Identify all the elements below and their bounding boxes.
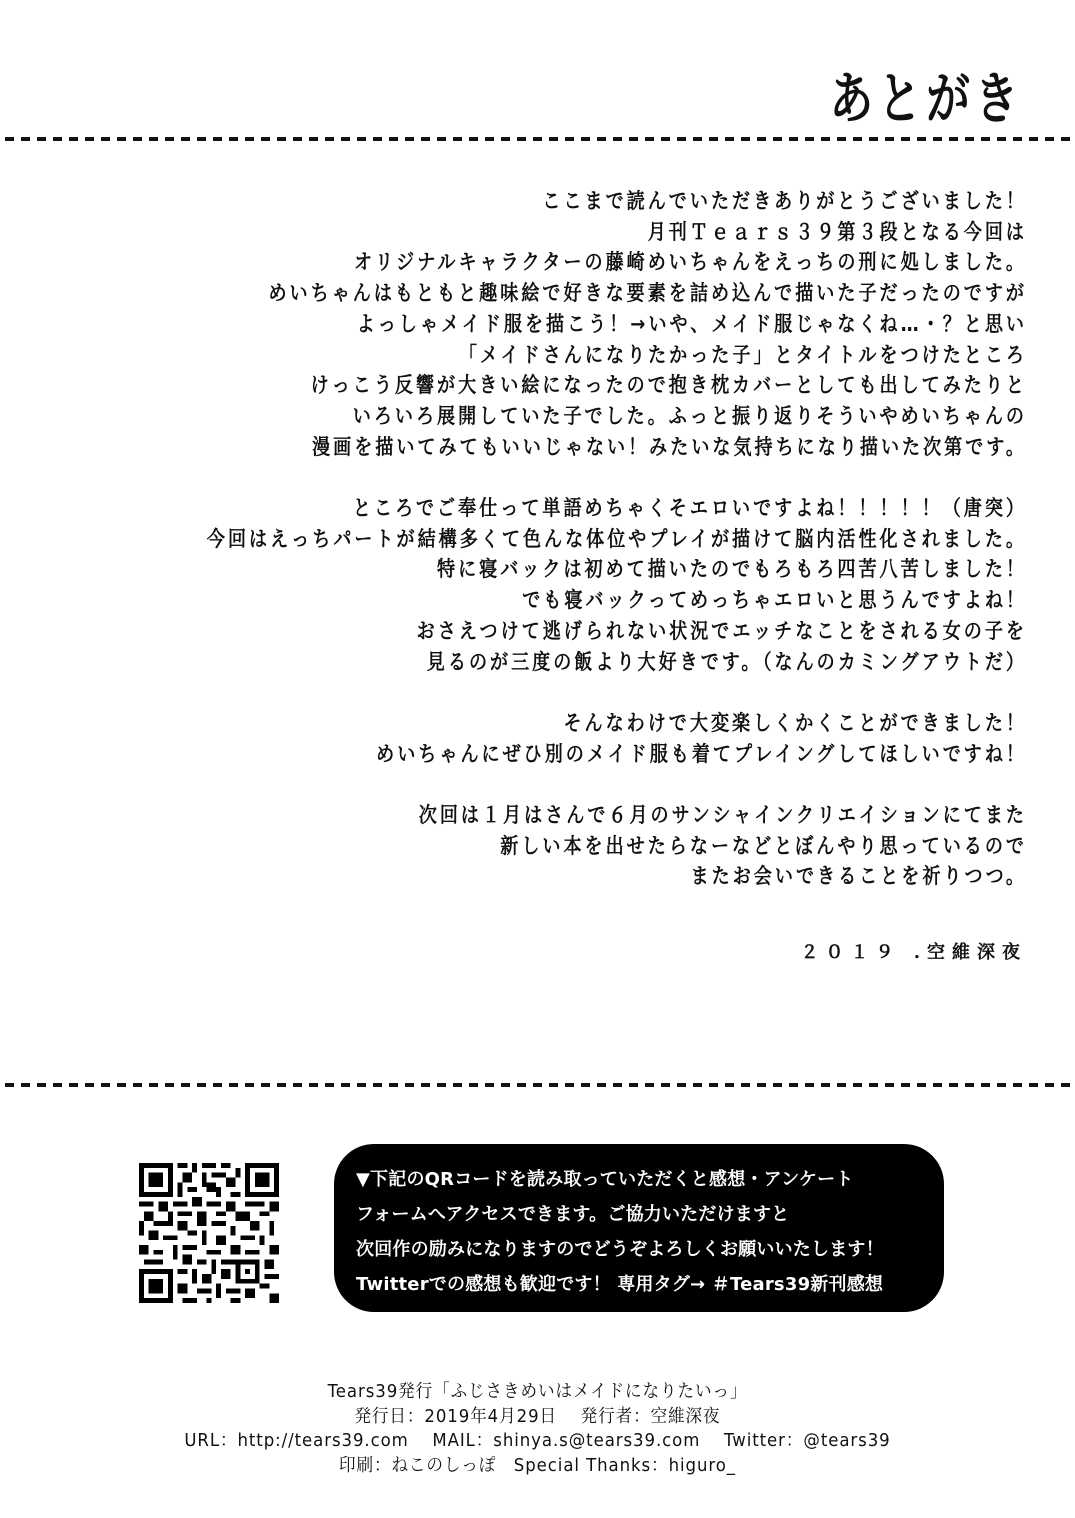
afterword-line: おさえつけて逃げられない状況でエッチなことをされる女の子を	[167, 616, 1027, 647]
afterword-line: ところでご奉仕って単語めちゃくそエロいですよね！！！！！（唐突）	[167, 493, 1027, 524]
afterword-line: 「メイドさんになりたかった子」とタイトルをつけたところ	[167, 340, 1027, 371]
paragraph-gap	[27, 677, 1027, 708]
notice-line: Twitterでの感想も歓迎です！ 専用タグ→ ＃Tears39新刊感想	[356, 1267, 944, 1302]
afterword-line: オリジナルキャラクターの藤崎めいちゃんをえっちの刑に処しました。	[167, 247, 1027, 278]
paragraph-gap	[27, 462, 1027, 493]
afterword-line: けっこう反響が大きい絵になったので抱き枕カバーとしても出してみたりと	[167, 370, 1027, 401]
colophon-contact: URL：http://tears39.com MAIL：shinya.s@tea…	[43, 1429, 1032, 1454]
afterword-body: ここまで読んでいただきありがとうございました！ 月刊Ｔｅａｒｓ３９第３段となる今…	[27, 186, 1027, 892]
colophon-title: Tears39発行「ふじさきめいはメイドになりたいっ」	[43, 1380, 1032, 1405]
afterword-line: 月刊Ｔｅａｒｓ３９第３段となる今回は	[167, 217, 1027, 248]
afterword-line: めいちゃんにぜひ別のメイド服も着てプレイングしてほしいですね！	[167, 739, 1027, 770]
qr-code-icon[interactable]	[137, 1163, 281, 1303]
afterword-line: ここまで読んでいただきありがとうございました！	[167, 186, 1027, 217]
afterword-line: 特に寝バックは初めて描いたのでもろもろ四苦八苦しました！	[167, 554, 1027, 585]
afterword-line: 見るのが三度の飯より大好きです。（なんのカミングアウトだ）	[167, 647, 1027, 678]
colophon-date: 発行日：2019年4月29日 発行者：空維深夜	[43, 1405, 1032, 1430]
dashed-divider-top	[5, 137, 1075, 141]
colophon-credits: 印刷：ねこのしっぽ Special Thanks：higuro_	[43, 1454, 1032, 1479]
feedback-notice: ▼下記のQRコードを読み取っていただくと感想・アンケート フォームへアクセスでき…	[334, 1144, 944, 1312]
afterword-line: 新しい本を出せたらなーなどとぼんやり思っているので	[167, 831, 1027, 862]
dashed-divider-bottom	[5, 1083, 1075, 1087]
paragraph-gap	[27, 769, 1027, 800]
notice-line: 次回作の励みになりますのでどうぞよろしくお願いいたします！	[356, 1232, 944, 1267]
afterword-line: よっしゃメイド服を描こう！→いや、メイド服じゃなくね…・？と思い	[167, 309, 1027, 340]
page-title: あとがき	[830, 62, 1023, 138]
afterword-line: そんなわけで大変楽しくかくことができました！	[167, 708, 1027, 739]
afterword-line: 今回はえっちパートが結構多くて色んな体位やプレイが描けて脳内活性化されました。	[167, 524, 1027, 555]
signature: ２０１９ .空維深夜	[800, 938, 1027, 964]
notice-line: ▼下記のQRコードを読み取っていただくと感想・アンケート	[356, 1162, 944, 1197]
afterword-line: めいちゃんはもともと趣味絵で好きな要素を詰め込んで描いた子だったのですが	[167, 278, 1027, 309]
afterword-line: 漫画を描いてみてもいいじゃない！みたいな気持ちになり描いた次第です。	[167, 432, 1027, 463]
colophon: Tears39発行「ふじさきめいはメイドになりたいっ」 発行日：2019年4月2…	[0, 1380, 1075, 1478]
notice-line: フォームへアクセスできます。ご協力いただけますと	[356, 1197, 944, 1232]
afterword-line: またお会いできることを祈りつつ。	[167, 861, 1027, 892]
afterword-line: 次回は１月はさんで６月のサンシャインクリエイションにてまた	[167, 800, 1027, 831]
afterword-line: でも寝バックってめっちゃエロいと思うんですよね！	[167, 585, 1027, 616]
afterword-line: いろいろ展開していた子でした。ふっと振り返りそういやめいちゃんの	[167, 401, 1027, 432]
